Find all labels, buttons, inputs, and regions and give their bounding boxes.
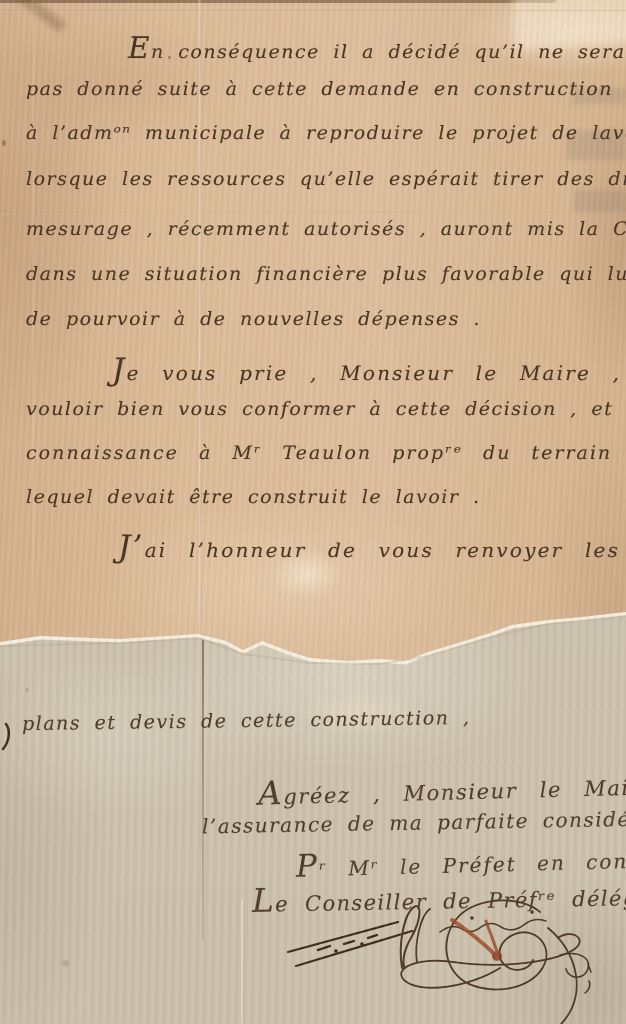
document-scan: En conséquence il a décidé qu’il ne sera…	[0, 0, 626, 1024]
fold-crease-vertical	[202, 640, 204, 940]
fold-crease-horizontal	[0, 10, 626, 12]
ink-blot	[452, 920, 502, 961]
letter-line: lequel devait être construit le lavoir .	[26, 488, 481, 507]
letter-line: vouloir bien vous conformer à cette déci…	[26, 400, 626, 419]
letter-line: mesurage , récemment autorisés , auront …	[26, 220, 626, 239]
letter-line: Pʳ Mʳ le Préfet en congé	[296, 842, 626, 882]
letter-line: En conséquence il a décidé qu’il ne sera	[128, 34, 626, 63]
fold-crease-ridge	[240, 900, 244, 1024]
letter-line: lorsque les ressources qu’elle espérait …	[26, 170, 626, 189]
letter-line: pas donné suite à cette demande en const…	[26, 80, 626, 99]
letter-line: à l’admᵒⁿ municipale à reproduire le pro…	[26, 124, 626, 143]
letter-line: Agréez , Monsieur le Maire ,	[258, 766, 626, 810]
letter-line: connaissance à Mʳ Teaulon propʳᵉ du terr…	[26, 444, 626, 463]
ink-speck	[2, 140, 6, 146]
show-through-ghost	[574, 190, 626, 212]
letter-line: de pourvoir à de nouvelles dépenses .	[26, 310, 481, 329]
paper-spot	[62, 960, 69, 966]
letter-line: J’ai l’honneur de vous renvoyer les	[118, 532, 620, 563]
paper-spot	[25, 688, 29, 692]
letter-line: Je vous prie , Monsieur le Maire , de	[112, 355, 626, 386]
letter-line: Le Conseiller de Préfʳᵉ délégué .	[252, 877, 626, 917]
fold-crease-horizontal	[0, 212, 626, 214]
paper-top-edge	[0, 0, 556, 3]
letter-line: dans une situation financière plus favor…	[26, 265, 626, 284]
letter-line: plans et devis de cette construction ,	[22, 709, 471, 734]
